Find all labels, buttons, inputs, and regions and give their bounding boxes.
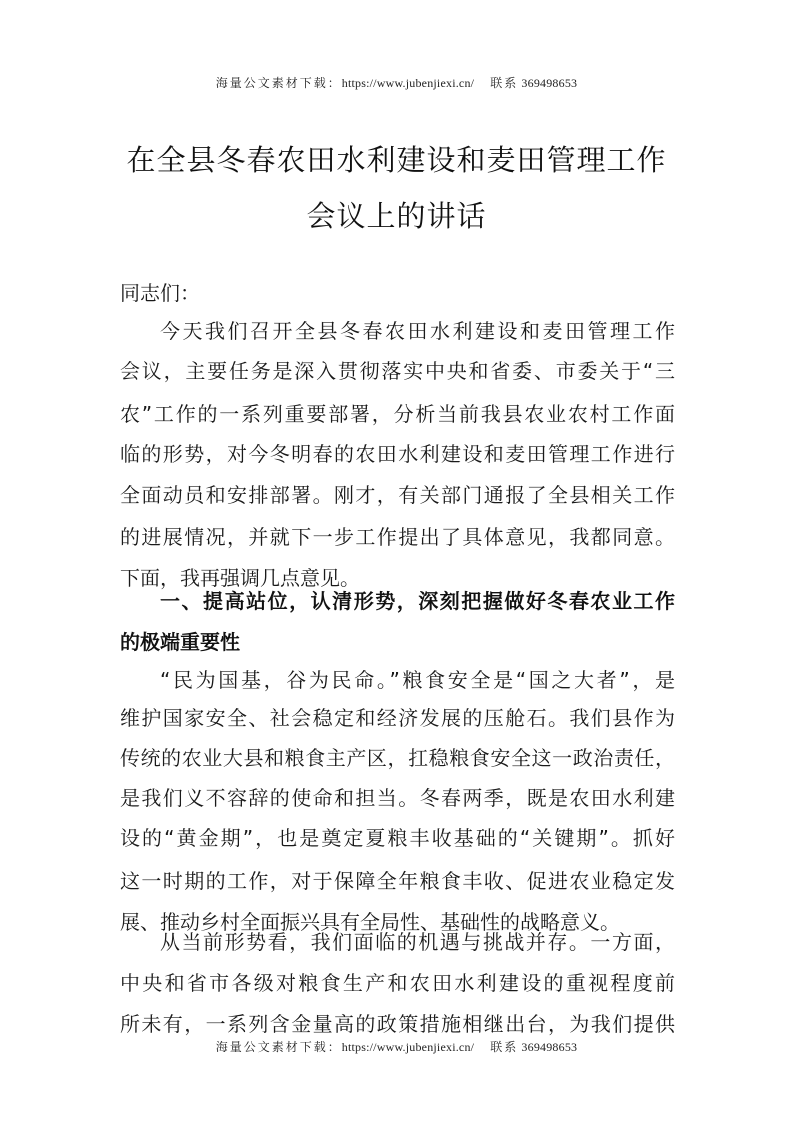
section-heading-line: 一、提高站位，认清形势，深刻把握做好冬春农业工作 [160, 586, 675, 616]
paragraph-line: 所未有，一系列含金量高的政策措施相继出台，为我们提供 [120, 1009, 675, 1039]
paragraph-line: 临的形势，对今冬明春的农田水利建设和麦田管理工作进行 [120, 439, 675, 469]
watermark-url: https://www.jubenjiexi.cn/ [342, 1040, 474, 1054]
paragraph-line: 从当前形势看，我们面临的机遇与挑战并存。一方面， [160, 927, 675, 957]
document-title-line-2: 会议上的讲话 [0, 194, 793, 235]
watermark-label: 海量公文素材下载： [216, 76, 342, 90]
watermark-url: https://www.jubenjiexi.cn/ [342, 76, 474, 90]
footer-watermark: 海量公文素材下载：https://www.jubenjiexi.cn/联系 36… [0, 1038, 793, 1055]
watermark-contact-label: 联系 [490, 76, 518, 90]
paragraph-line: 农”工作的一系列重要部署，分析当前我县农业农村工作面 [120, 399, 675, 429]
paragraph-line: 中央和省市各级对粮食生产和农田水利建设的重视程度前 [120, 968, 675, 998]
watermark-contact-number: 369498653 [521, 1040, 577, 1054]
paragraph-line: 是我们义不容辞的使命和担当。冬春两季，既是农田水利建 [120, 783, 675, 813]
paragraph-line: “民为国基，谷为民命。”粮食安全是“国之大者”，是 [160, 665, 675, 695]
paragraph-line: 会议，主要任务是深入贯彻落实中央和省委、市委关于“三 [120, 356, 675, 386]
paragraph-line: 全面动员和安排部署。刚才，有关部门通报了全县相关工作 [120, 480, 675, 510]
document-title-line-1: 在全县冬春农田水利建设和麦田管理工作 [0, 138, 793, 179]
watermark-label: 海量公文素材下载： [216, 1040, 342, 1054]
watermark-contact-label: 联系 [490, 1040, 518, 1054]
paragraph-line: 设的“黄金期”，也是奠定夏粮丰收基础的“关键期”。抓好 [120, 823, 675, 853]
paragraph-line: 的进展情况，并就下一步工作提出了具体意见，我都同意。 [120, 522, 675, 552]
watermark-contact-number: 369498653 [521, 76, 577, 90]
section-heading-line: 的极端重要性 [120, 627, 675, 657]
paragraph-line: 维护国家安全、社会稳定和经济发展的压舱石。我们县作为 [120, 703, 675, 733]
header-watermark: 海量公文素材下载：https://www.jubenjiexi.cn/联系 36… [0, 74, 793, 91]
paragraph-line: 传统的农业大县和粮食主产区，扛稳粮食安全这一政治责任， [120, 743, 675, 773]
salutation: 同志们： [120, 278, 675, 308]
paragraph-line: 今天我们召开全县冬春农田水利建设和麦田管理工作 [160, 316, 675, 346]
paragraph-line: 这一时期的工作，对于保障全年粮食丰收、促进农业稳定发 [120, 866, 675, 896]
